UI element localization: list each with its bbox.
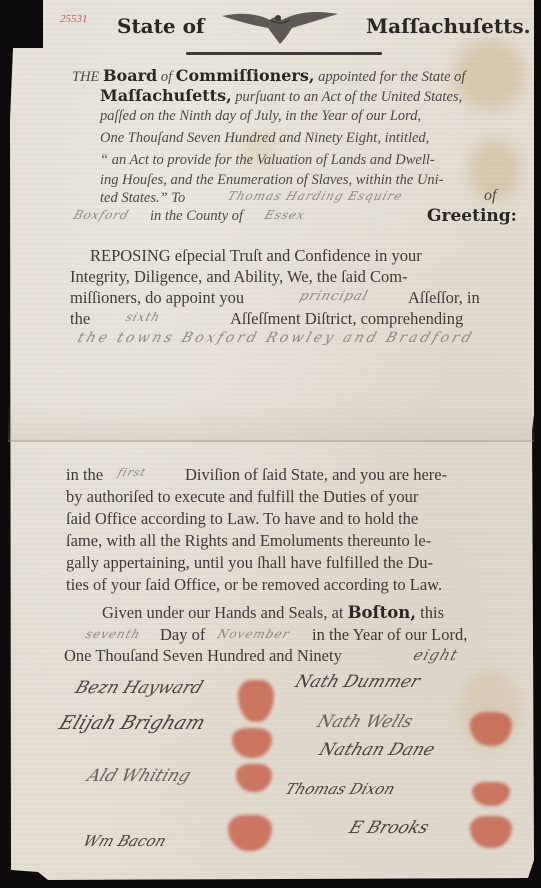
after-role: Aſſeſſor, in [408,288,480,308]
body-line-2: Integrity, Diligence, and Ability, We, t… [70,267,408,287]
preamble-line: paſſed on the Ninth day of July, in the … [100,108,421,125]
bottom-line-5: gally appertaining, until you ſhall have… [66,553,433,573]
closing-line-1: Given under our Hands and Seals, at Boſt… [102,603,444,623]
signature-right-3: Nathan Dane [316,740,437,760]
bottom-line-1: in the [66,465,103,485]
handwritten-role: principal [298,289,371,304]
handwritten-division: first [116,466,148,479]
preamble-line: ing Houſes, and the Enumeration of Slave… [100,172,444,189]
body-line-4: the [70,309,90,329]
signature-left-2: Elijah Brigham [56,712,208,734]
signature-left-4: Wm Bacon [81,832,169,850]
preamble-segment: ing Houſes, and the Enumeration of Slave… [100,172,444,188]
preamble-segment: paſſed on the Ninth day of July, in the … [100,108,421,124]
preamble-segment: of [157,69,176,85]
body-line-3: miſſioners, do appoint you [70,288,244,308]
header-state-of: State of [117,14,205,38]
handwritten-appointee-name: Thomas Harding Esquire [226,189,405,203]
preamble-segment: THE [72,69,103,85]
preamble-line: “ an Act to provide for the Valuation of… [100,152,435,169]
bottom-line-6: ties of your ſaid Office, or be removed … [66,575,442,595]
preamble-line: ted States.” To [100,190,185,207]
preamble-segment: ted States.” To [100,190,185,206]
closing-year-of: in the Year of our Lord, [312,625,467,645]
preamble-segment: purſuant to an Act of the United States, [232,89,463,105]
preamble-segment: in the County of [150,208,243,224]
eagle-icon [220,8,340,48]
preamble-line: in the County of [150,208,243,225]
preamble-line: One Thouſand Seven Hundred and Ninety Ei… [100,130,429,147]
signature-right-1: Nath Dummer [292,672,422,692]
handwritten-district: sixth [124,310,163,324]
preamble-segment: Board [103,66,157,85]
stain [455,40,525,110]
signature-right-5: E Brooks [346,818,431,838]
handwritten-county: Essex [263,208,308,222]
greeting: Greeting: [427,206,517,226]
fold-shadow [8,400,534,440]
preamble-segment: “ an Act to provide for the Valuation of… [100,152,435,168]
signature-right-4: Thomas Dixon [283,780,398,798]
header-massachusetts: Maſſachuſetts. [366,14,531,38]
bottom-line-3: ſaid Office according to Law. To have an… [66,509,418,529]
body-line-1: REPOSING eſpecial Truſt and Confidence i… [90,246,422,266]
preamble-segment: appointed for the State of [314,69,465,85]
handwritten-year-word: eight [411,646,461,664]
closing-post: this [416,603,444,622]
closing-city: Boſton, [348,603,416,622]
handwritten-town: Boxford [72,208,131,222]
handwritten-month: November [216,627,292,641]
body-line-5: Aſſeſſment Diſtrict, comprehending [230,309,463,329]
closing-day-of: Day of [160,625,205,645]
preamble-line: Maſſachuſetts, purſuant to an Act of the… [100,86,462,106]
signature-left-3: Ald Whiting [84,766,193,786]
preamble-segment: Maſſachuſetts, [100,86,232,105]
preamble-line: THE Board of Commiſſioners, appointed fo… [72,66,465,86]
signature-right-2: Nath Wells [314,712,415,732]
fold-line [8,440,534,442]
word-of: of [484,187,496,205]
division-rest: Diviſion of ſaid State, and you are here… [185,465,447,485]
handwritten-towns: the towns Boxford Rowley and Bradford [75,330,476,346]
closing-line-3: One Thouſand Seven Hundred and Ninety [64,646,342,666]
preamble-segment: One Thouſand Seven Hundred and Ninety Ei… [100,130,429,146]
signature-left-1: Bezn Hayward [72,678,205,698]
header-rule [186,52,382,55]
catalog-number: 25531 [60,13,88,25]
bottom-line-4: ſame, with all the Rights and Emoluments… [66,531,431,551]
preamble-segment: Commiſſioners, [176,66,315,85]
closing-pre: Given under our Hands and Seals, at [102,603,348,622]
bottom-line-2: by authoriſed to execute and fulfill the… [66,487,418,507]
handwritten-day: seventh [84,627,143,641]
